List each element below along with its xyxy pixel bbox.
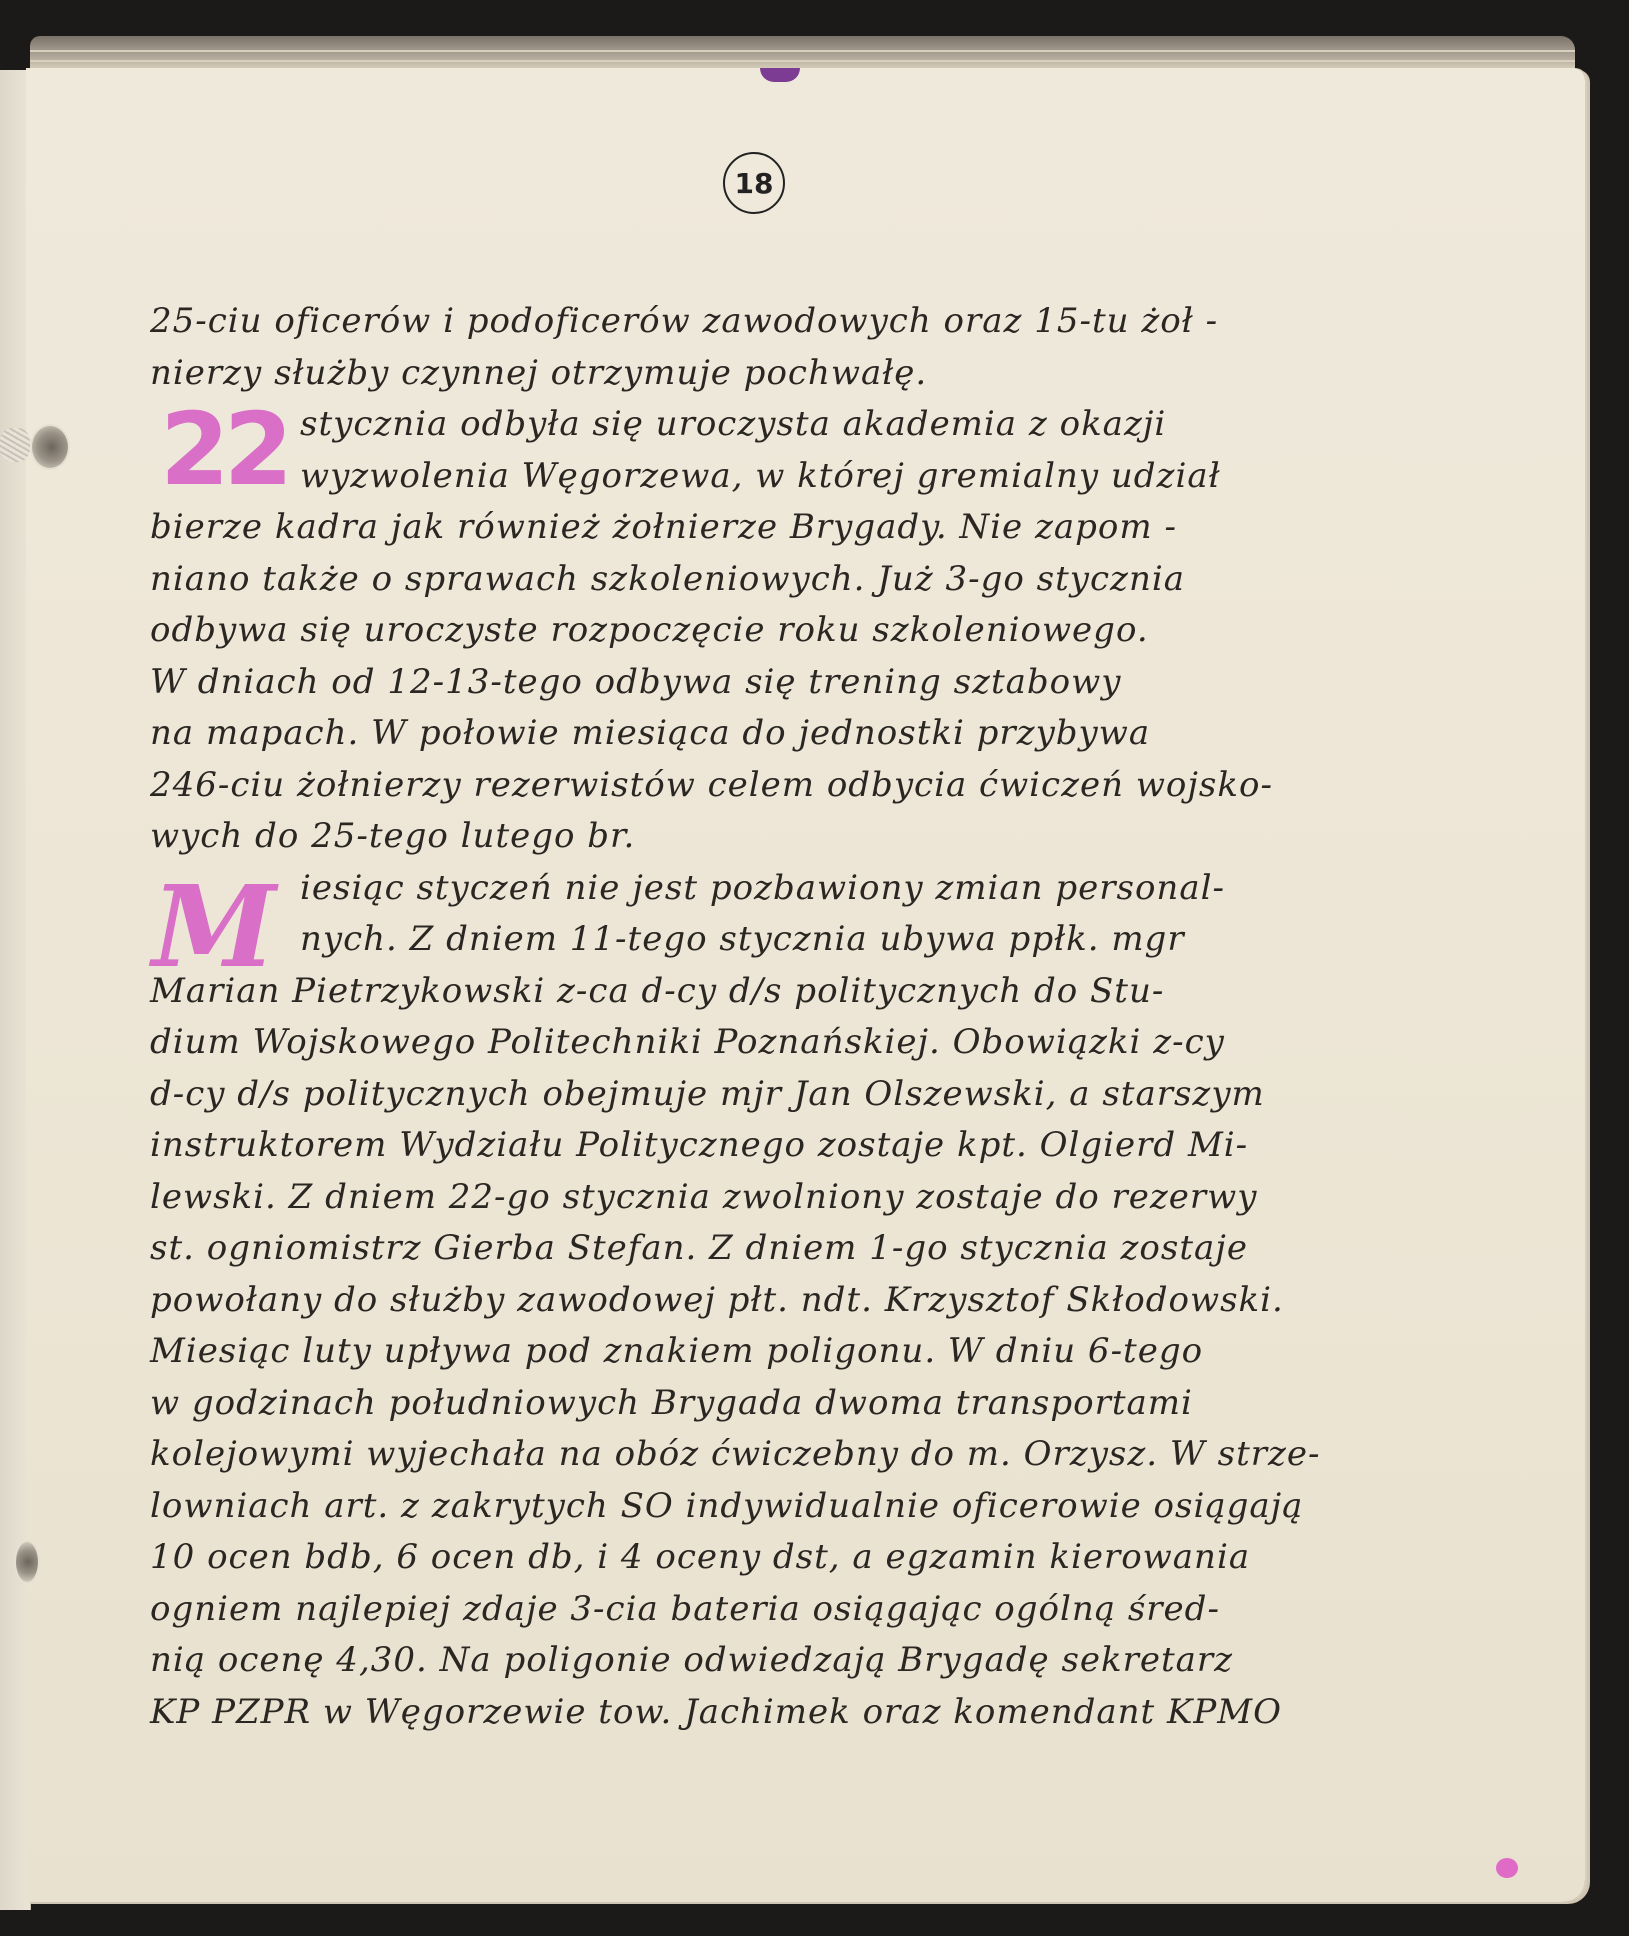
page-edge-line (30, 60, 1575, 62)
text-line: lewski. Z dniem 22-go stycznia zwolniony… (150, 1172, 1440, 1224)
page-number: 18 (723, 152, 785, 214)
text-line: nych. Z dniem 11-tego stycznia ubywa ppł… (150, 914, 1440, 966)
text-line: st. ogniomistrz Gierba Stefan. Z dniem 1… (150, 1223, 1440, 1275)
text-line: stycznia odbyła się uroczysta akademia z… (150, 399, 1440, 451)
handwritten-text-body: 25-ciu oficerów i podoficerów zawodowych… (150, 296, 1440, 1738)
text-line: 246-ciu żołnierzy rezerwistów celem odby… (150, 760, 1440, 812)
binding-thread (0, 428, 30, 462)
text-line: instruktorem Wydziału Politycznego zosta… (150, 1120, 1440, 1172)
text-line: odbywa się uroczyste rozpoczęcie roku sz… (150, 605, 1440, 657)
text-line: wyzwolenia Węgorzewa, w której gremialny… (150, 451, 1440, 503)
text-line: dium Wojskowego Politechniki Poznańskiej… (150, 1017, 1440, 1069)
pink-ink-dot (1496, 1858, 1518, 1878)
text-line: bierze kadra jak również żołnierze Bryga… (150, 502, 1440, 554)
binding-hole (14, 1540, 40, 1584)
text-line: 25-ciu oficerów i podoficerów zawodowych… (150, 296, 1440, 348)
page-edge-line (30, 50, 1575, 52)
text-line: Marian Pietrzykowski z-ca d-cy d/s polit… (150, 966, 1440, 1018)
text-line: powołany do służby zawodowej płt. ndt. K… (150, 1275, 1440, 1327)
text-line: niano także o sprawach szkoleniowych. Ju… (150, 554, 1440, 606)
text-line: wych do 25-tego lutego br. (150, 811, 1440, 863)
binding-hole (30, 424, 70, 470)
text-line: KP PZPR w Węgorzewie tow. Jachimek oraz … (150, 1687, 1440, 1739)
text-line: 10 ocen bdb, 6 ocen db, i 4 oceny dst, a… (150, 1532, 1440, 1584)
text-line: nierzy służby czynnej otrzymuje pochwałę… (150, 348, 1440, 400)
text-line: W dniach od 12-13-tego odbywa się trenin… (150, 657, 1440, 709)
text-line: w godzinach południowych Brygada dwoma t… (150, 1378, 1440, 1430)
text-line: d-cy d/s politycznych obejmuje mjr Jan O… (150, 1069, 1440, 1121)
text-line: ogniem najlepiej zdaje 3-cia bateria osi… (150, 1584, 1440, 1636)
text-line: Miesiąc luty upływa pod znakiem poligonu… (150, 1326, 1440, 1378)
text-line: lowniach art. z zakrytych SO indywidualn… (150, 1481, 1440, 1533)
text-line: nią ocenę 4,30. Na poligonie odwiedzają … (150, 1635, 1440, 1687)
text-line: iesiąc styczeń nie jest pozbawiony zmian… (150, 863, 1440, 915)
text-line: kolejowymi wyjechała na obóz ćwiczebny d… (150, 1429, 1440, 1481)
text-line: na mapach. W połowie miesiąca do jednost… (150, 708, 1440, 760)
